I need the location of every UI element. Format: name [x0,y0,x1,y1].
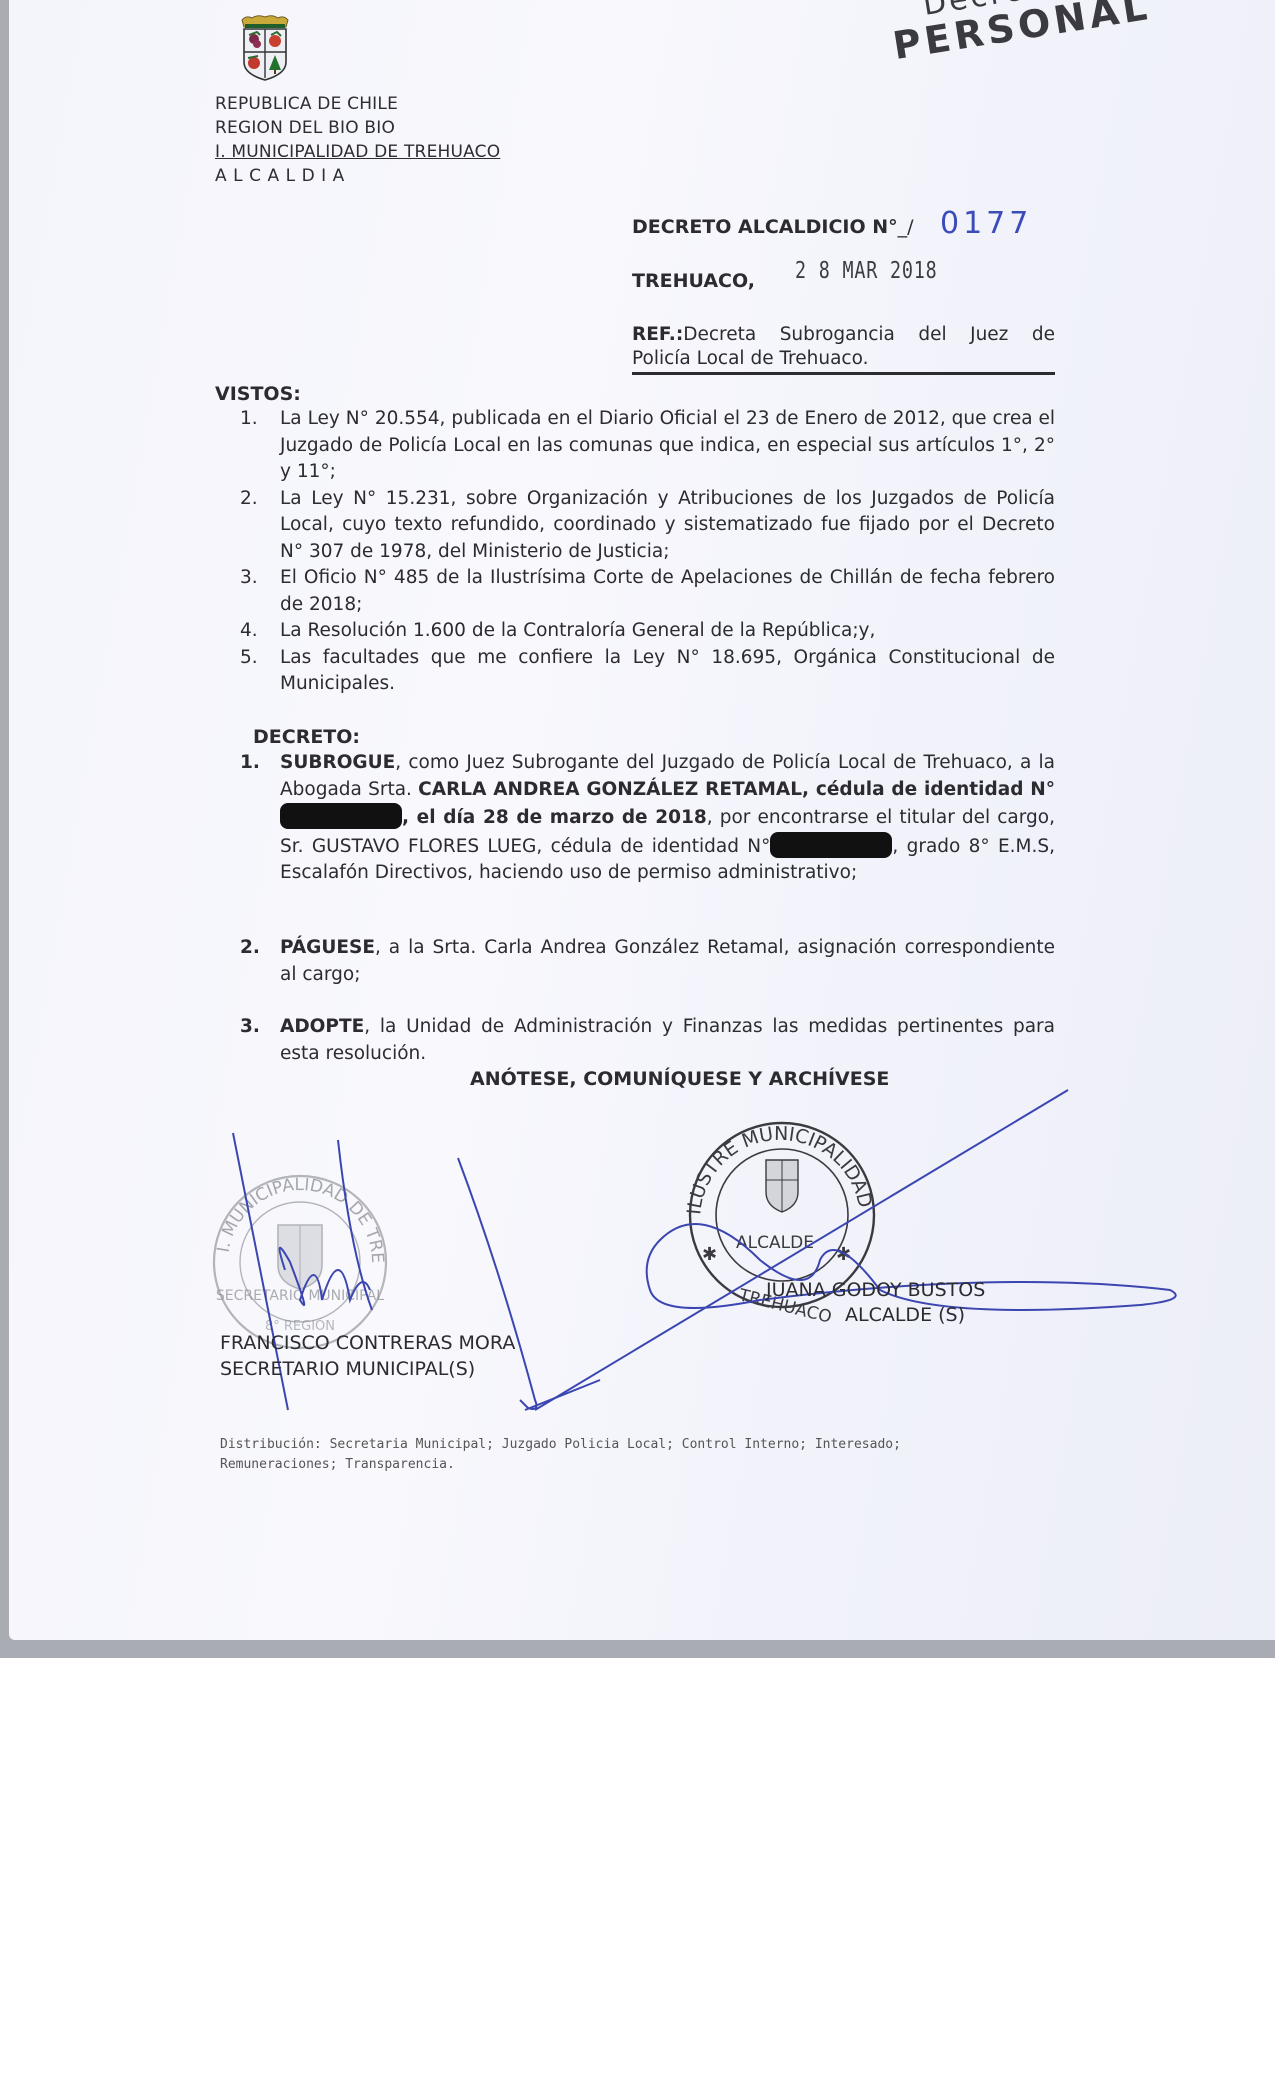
svg-text:✱: ✱ [702,1244,717,1265]
seals-and-signatures: I. MUNICIPALIDAD DE TREHUACO SECRETARIO … [0,0,1275,1658]
svg-text:✱: ✱ [836,1244,851,1265]
mayor-title: ALCALDE (S) [845,1304,965,1326]
distribution-line-2: Remuneraciones; Transparencia. [220,1455,455,1475]
secretary-name: FRANCISCO CONTRERAS MORA [220,1332,515,1354]
svg-text:I. MUNICIPALIDAD DE TREHUACO: I. MUNICIPALIDAD DE TREHUACO [0,0,387,1264]
secretary-title: SECRETARIO MUNICIPAL(S) [220,1358,475,1380]
mayor-name: JUANA GODOY BUSTOS [766,1279,985,1301]
mayor-signature [535,1090,1176,1410]
distribution-line-1: Distribución: Secretaria Municipal; Juzg… [220,1435,901,1455]
